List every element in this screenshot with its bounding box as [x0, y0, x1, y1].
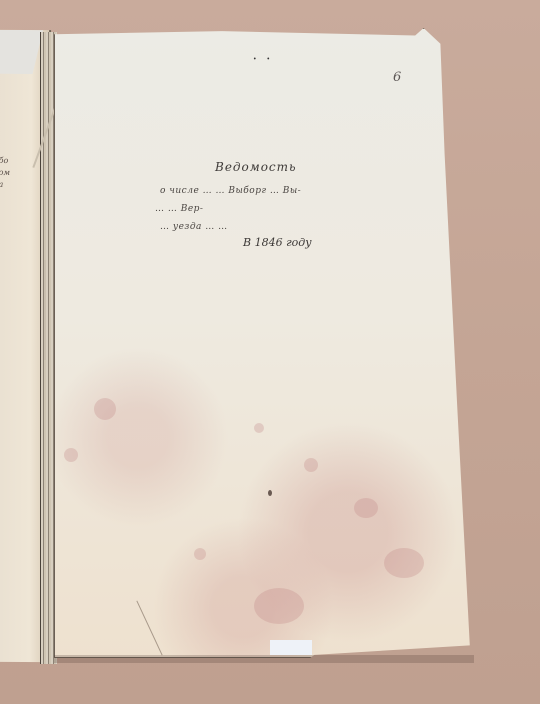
water-stain [194, 548, 206, 560]
background-surface: …бо …ом …а 6 • • Ведомость о числе … … В… [0, 0, 540, 704]
water-stain [254, 423, 264, 433]
water-stain [384, 548, 424, 578]
title-page [54, 28, 474, 658]
folio-number: 6 [393, 70, 401, 85]
water-stain [304, 458, 318, 472]
page-shadow [54, 655, 474, 663]
paper-label-card [0, 30, 43, 74]
document-title: Ведомость [215, 160, 297, 174]
water-stain [254, 588, 304, 624]
paper-tab [270, 640, 312, 655]
water-stain [354, 498, 378, 518]
paper-crack [136, 601, 162, 656]
water-stain [94, 398, 116, 420]
handwritten-line: … … Вер- [155, 204, 203, 214]
ink-dots: • • [253, 56, 274, 63]
ink-blot [268, 490, 272, 496]
handwritten-line: … уезда … … [160, 222, 228, 232]
year-line: В 1846 году [243, 236, 312, 249]
handwritten-line: о числе … … Выборг … Вы- [160, 186, 301, 196]
left-page-text: …бо …ом …а [0, 155, 31, 191]
water-stain [64, 448, 78, 462]
binding-thread [44, 260, 46, 360]
